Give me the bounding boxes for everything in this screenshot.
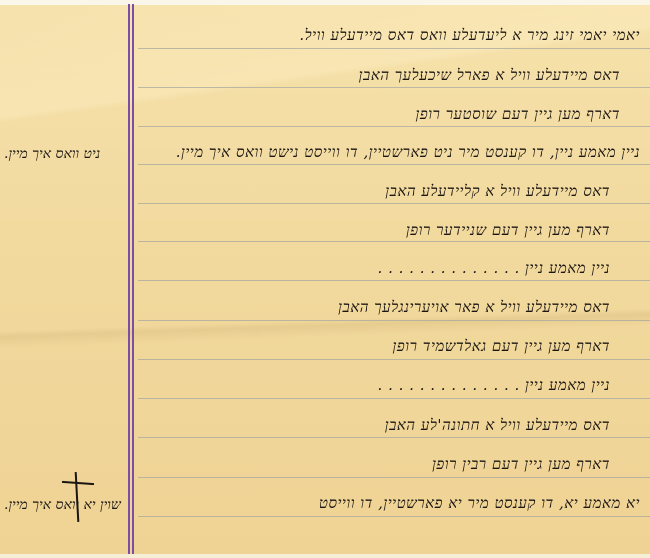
text-line-3: דארף מען גיין דעם שוסטער רופן xyxy=(416,105,620,124)
text-line-9: דארף מען גיין דעם גאלדשמיד רופן xyxy=(393,337,610,356)
ruled-line xyxy=(138,398,650,399)
ruled-line xyxy=(138,126,650,127)
text-line-11: דאס מיידעלע וויל א חתונה'לע האבן xyxy=(385,416,610,435)
margin-note-line-4: ניט וואס איך מיין. xyxy=(4,146,100,163)
text-line-12: דארף מען גיין דעם רבין רופן xyxy=(432,455,610,474)
text-line-8: דאס מיידעלע וויל א פאר אויערינגלעך האבן xyxy=(338,298,610,317)
ruled-line xyxy=(138,241,650,242)
text-line-4: ניין מאמע ניין, דו קענסט מיר ניט פארשטיי… xyxy=(176,143,640,162)
paper-top-edge xyxy=(0,0,650,5)
ruled-line xyxy=(138,164,650,165)
text-line-7: ניין מאמע ניין . . . . . . . . . . . . .… xyxy=(378,259,610,278)
text-line-5: דאס מיידעלע וויל א קליידעלע האבן xyxy=(385,182,610,201)
ruled-line xyxy=(138,516,650,517)
ruled-line xyxy=(138,203,650,204)
cross-mark-icon xyxy=(62,472,96,522)
ruled-line xyxy=(138,477,650,478)
text-line-2: דאס מיידעלע וויל א פארל שיכעלעך האבן xyxy=(359,66,620,85)
text-line-6: דארף מען גיין דעם שניידער רופן xyxy=(406,221,610,240)
text-line-1: יאמי יאמי זינג מיר א ליעדעלע וואס דאס מי… xyxy=(299,26,640,45)
text-line-10: ניין מאמע ניין . . . . . . . . . . . . .… xyxy=(378,376,610,395)
ruled-line xyxy=(138,280,650,281)
paper-bottom-edge xyxy=(0,554,650,558)
ruled-line xyxy=(138,48,650,49)
handwritten-letter-page: יאמי יאמי זינג מיר א ליעדעלע וואס דאס מי… xyxy=(0,0,650,558)
ruled-line xyxy=(138,437,650,438)
text-line-13: יא מאמע יא, דו קענסט מיר יא פארשטיין, דו… xyxy=(319,494,640,513)
ruled-line xyxy=(138,87,650,88)
margin-line-right xyxy=(132,4,134,558)
margin-line-left xyxy=(128,4,130,558)
ruled-line xyxy=(138,359,650,360)
ruled-line xyxy=(138,320,650,321)
